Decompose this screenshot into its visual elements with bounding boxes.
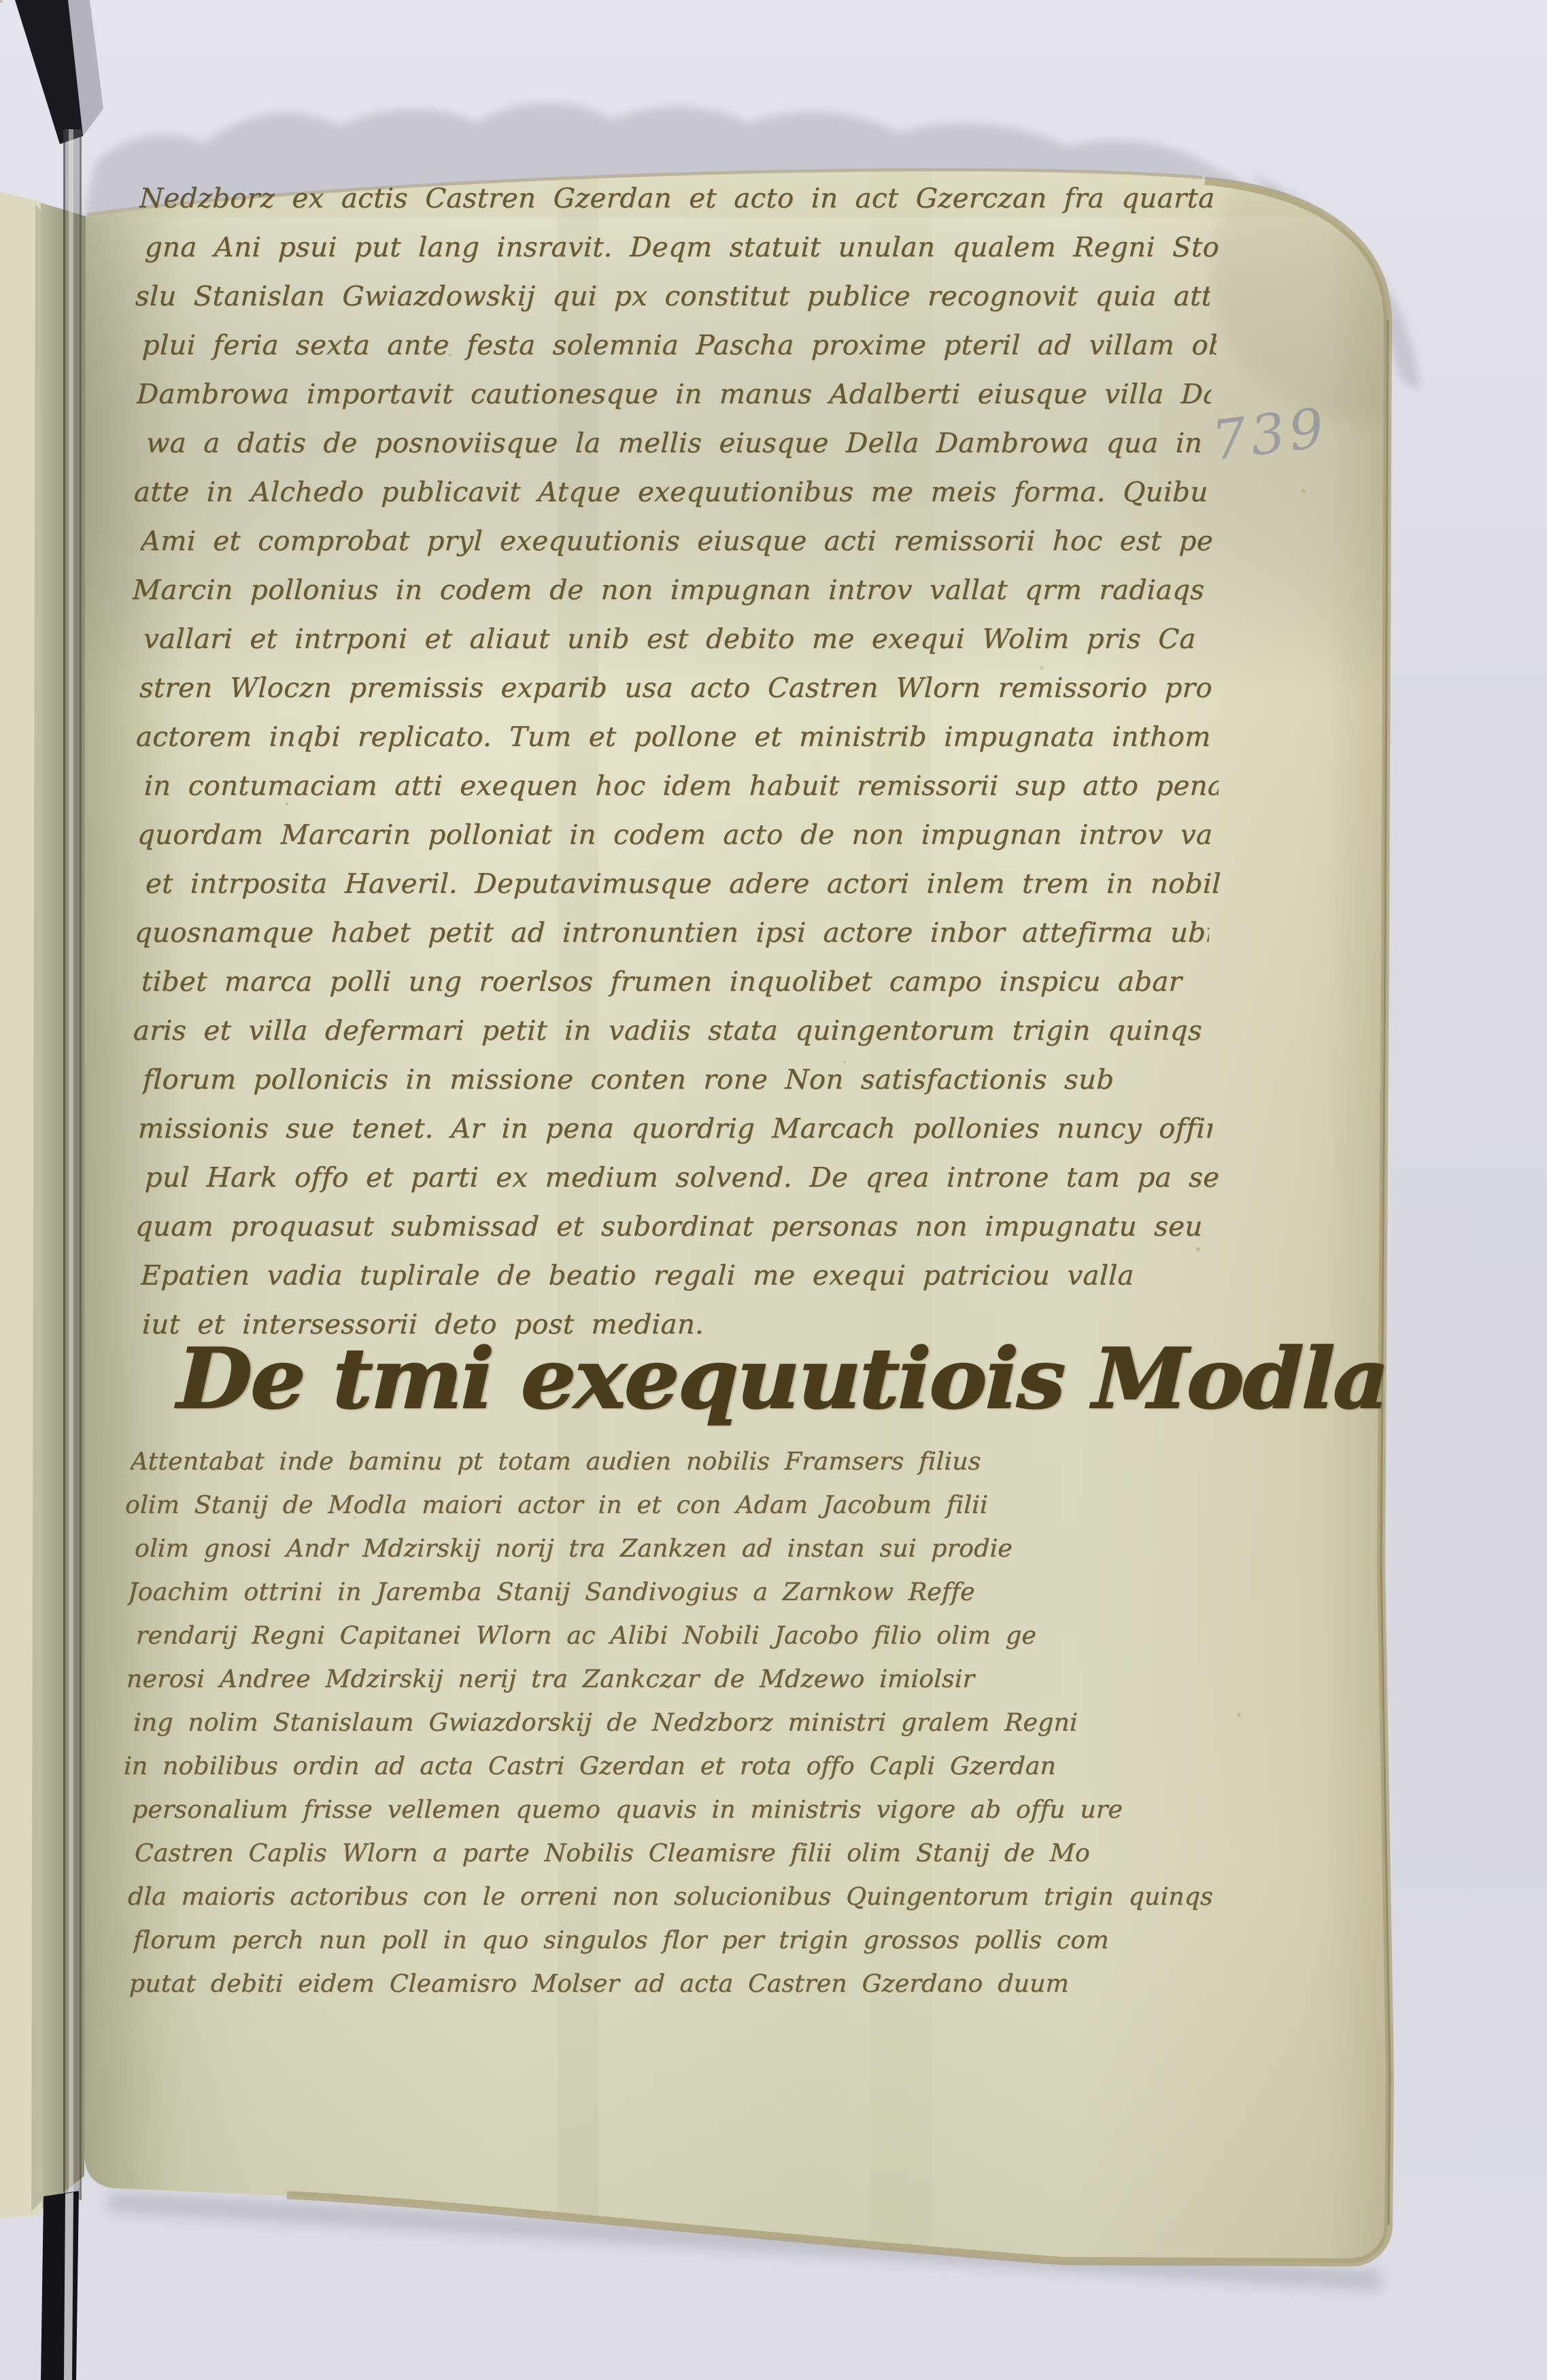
manuscript-line: olim gnosi Andr Mdzirskij norij tra Zank… <box>134 1534 1223 1563</box>
manuscript-line: florum pollonicis in missione conten ron… <box>142 1064 1218 1096</box>
manuscript-line: olim Stanij de Modla maiori actor in et … <box>124 1491 1214 1520</box>
manuscript-line: Ami et comprobat pryl exequutionis eiusq… <box>140 525 1216 558</box>
manuscript-line: actorem inqbi replicato. Tum et pollone … <box>135 721 1211 753</box>
section-heading: De tmi exequutiois Modla <box>177 1333 1389 1424</box>
manuscript-line: putat debiti eidem Cleamisro Molser ad a… <box>129 1969 1218 1999</box>
manuscript-line: Marcin pollonius in codem de non impugna… <box>132 574 1208 607</box>
manuscript-line: pul Hark offo et parti ex medium solvend… <box>144 1161 1220 1194</box>
manuscript-line: aris et villa defermari petit in vadiis … <box>133 1015 1208 1047</box>
manuscript-line: dla maioris actoribus con le orreni non … <box>127 1882 1217 1911</box>
manuscript-line: nerosi Andree Mdzirskij nerij tra Zankcz… <box>126 1665 1215 1694</box>
manuscript-line: Nedzborz ex actis Castren Gzerdan et act… <box>139 182 1214 215</box>
manuscript-line: missionis sue tenet. Ar in pena quordrig… <box>137 1112 1213 1145</box>
manuscript-photo: 739 Nedzborz ex actis Castren Gzerdan et… <box>0 0 1547 2380</box>
manuscript-line: stren Wloczn premissis exparib usa acto … <box>139 672 1214 704</box>
manuscript-line: et intrposita Haveril. Deputavimusque ad… <box>145 868 1221 900</box>
manuscript-line: in contumaciam atti exequen hoc idem hab… <box>143 770 1219 802</box>
manuscript-line: Castren Caplis Wlorn a parte Nobilis Cle… <box>134 1839 1223 1868</box>
manuscript-line: wa a datis de posnoviisque la mellis eiu… <box>146 427 1221 460</box>
manuscript-line: ing nolim Stanislaum Gwiazdorskij de Ned… <box>133 1708 1222 1737</box>
manuscript-line: atte in Alchedo publicavit Atque exequut… <box>133 476 1209 509</box>
manuscript-line: quordam Marcarin polloniat in codem acto… <box>137 819 1212 851</box>
manuscript-line: personalium frisse vellemen quemo quavis… <box>131 1795 1221 1824</box>
manuscript-line: rendarij Regni Capitanei Wlorn ac Alibi … <box>135 1621 1225 1650</box>
manuscript-text: 739 Nedzborz ex actis Castren Gzerdan et… <box>0 0 1547 2380</box>
manuscript-line: gna Ani psui put lang insravit. Deqm sta… <box>144 231 1220 264</box>
page-number-pencil: 739 <box>1208 396 1331 473</box>
manuscript-line: Dambrowa importavit cautionesque in manu… <box>136 378 1212 411</box>
manuscript-line: quosnamque habet petit ad intronuntien i… <box>134 917 1210 949</box>
manuscript-line: slu Stanislan Gwiazdowskij qui px consti… <box>135 280 1210 313</box>
manuscript-line: in nobilibus ordin ad acta Castri Gzerda… <box>123 1752 1212 1781</box>
manuscript-line: Epatien vadia tuplirale de beatio regali… <box>140 1259 1216 1292</box>
manuscript-line: plui feria sexta ante festa solemnia Pas… <box>141 329 1217 362</box>
manuscript-line: vallari et intrponi et aliaut unib est d… <box>143 623 1219 656</box>
manuscript-line: tibet marca polli ung roerlsos frumen in… <box>141 966 1217 998</box>
manuscript-line: Joachim ottrini in Jaremba Stanij Sandiv… <box>127 1578 1217 1607</box>
manuscript-line: Attentabat inde baminu pt totam audien n… <box>130 1447 1219 1476</box>
manuscript-line: quam proquasut submissad et subordinat p… <box>135 1210 1210 1243</box>
manuscript-line: florum perch nun poll in quo singulos fl… <box>133 1926 1222 1955</box>
